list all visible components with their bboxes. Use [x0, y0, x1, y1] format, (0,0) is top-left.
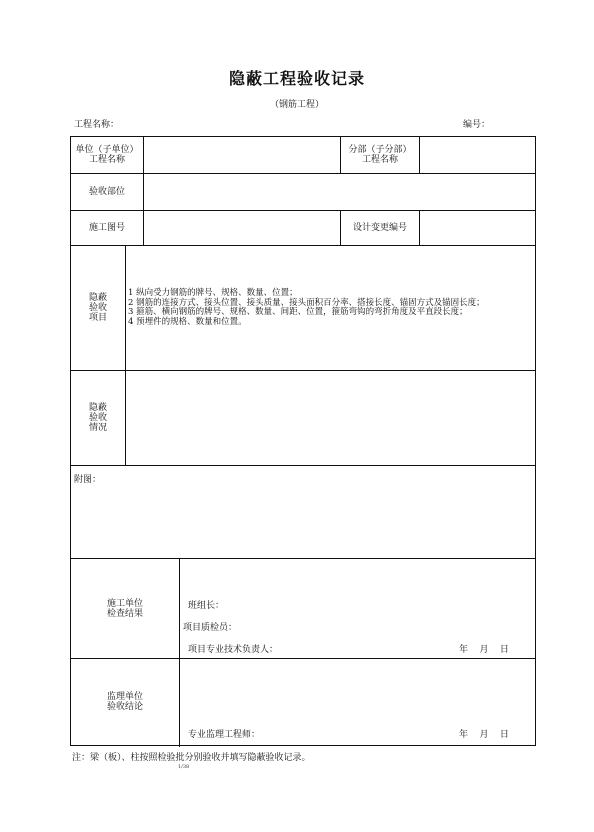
construction-result-label: 施工单位 检查结果	[71, 559, 179, 658]
hidden-situation-label-line3: 情况	[89, 423, 107, 433]
hidden-items-label-line2: 验收	[89, 303, 107, 313]
design-change-number-label: 设计变更编号	[341, 211, 419, 245]
design-change-number-field[interactable]	[421, 213, 533, 243]
column-divider	[419, 137, 420, 173]
unit-project-name-field[interactable]	[145, 139, 338, 171]
attachment-area[interactable]	[74, 491, 532, 555]
project-name-label: 工程名称：	[74, 117, 119, 130]
hidden-situation-label-line1: 隐蔽	[89, 403, 107, 413]
hidden-situation-field[interactable]	[128, 373, 533, 463]
hidden-situation-label-line2: 验收	[89, 413, 107, 423]
supervision-conclusion-label-line2: 验收结论	[107, 702, 143, 712]
attachment-label: 附图：	[74, 475, 194, 489]
footer-note: 注：梁（板）、柱按照检验批分别验收并填写隐蔽验收记录。	[72, 750, 311, 763]
unit-project-name-label-line1: 单位（子单位）	[75, 145, 138, 155]
quality-inspector-label: 项目质检员：	[183, 620, 237, 633]
sub-project-name-label: 分部（子分部） 工程名称	[341, 137, 419, 173]
unit-project-name-label: 单位（子单位） 工程名称	[71, 137, 143, 173]
column-divider	[419, 210, 420, 245]
document-subtitle: （钢筋工程）	[0, 97, 594, 110]
acceptance-location-field[interactable]	[145, 176, 533, 208]
hidden-items-label: 隐蔽 验收 项目	[71, 246, 125, 370]
drawing-number-field[interactable]	[145, 213, 338, 243]
technical-lead-label: 项目专业技术负责人：	[188, 642, 278, 655]
hidden-items-label-line1: 隐蔽	[89, 293, 107, 303]
supervision-date-label: 年 月 日	[459, 727, 509, 740]
construction-result-label-line1: 施工单位	[107, 599, 143, 609]
supervision-engineer-label: 专业监理工程师：	[188, 727, 260, 740]
document-title: 隐蔽工程验收记录	[0, 66, 594, 89]
sub-project-name-field[interactable]	[421, 139, 533, 171]
hidden-item: 4 预埋件的规格、数量和位置。	[128, 318, 485, 328]
team-leader-label: 班组长：	[188, 598, 224, 611]
row-divider	[71, 370, 535, 371]
acceptance-location-label: 验收部位	[71, 174, 143, 210]
column-divider	[125, 245, 126, 465]
construction-date-label: 年 月 日	[459, 642, 509, 655]
row-divider	[71, 465, 535, 466]
column-divider	[179, 558, 180, 747]
sub-project-name-label-line2: 工程名称	[348, 155, 411, 165]
supervision-conclusion-label: 监理单位 验收结论	[71, 659, 179, 745]
hidden-situation-label: 隐蔽 验收 情况	[71, 371, 125, 465]
construction-result-label-line2: 检查结果	[107, 609, 143, 619]
hidden-items-label-line3: 项目	[89, 313, 107, 323]
supervision-conclusion-label-line1: 监理单位	[107, 692, 143, 702]
sub-project-name-label-line1: 分部（子分部）	[348, 145, 411, 155]
record-number-label: 编号：	[463, 117, 490, 130]
hidden-items-list: 1 纵向受力钢筋的牌号、规格、数量、位置； 2 钢筋的连接方式、接头位置、接头质…	[128, 246, 533, 370]
page-number: 1/38	[178, 764, 189, 770]
inspection-form-table: 单位（子单位） 工程名称 分部（子分部） 工程名称 验收部位 施工图号 设计变更…	[70, 136, 536, 746]
drawing-number-label: 施工图号	[71, 211, 143, 245]
unit-project-name-label-line2: 工程名称	[75, 155, 138, 165]
column-divider	[143, 137, 144, 245]
